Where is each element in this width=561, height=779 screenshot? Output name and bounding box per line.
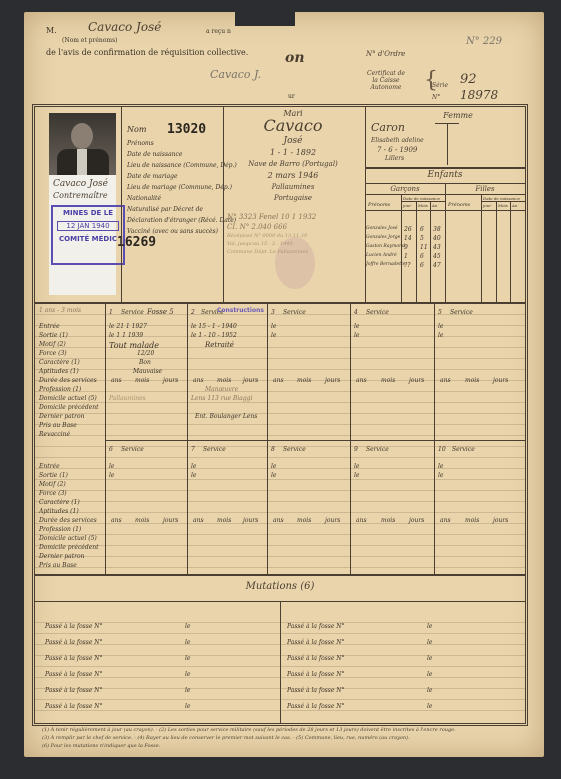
no-label: N° xyxy=(432,94,440,101)
form-text: le 1 1 1939 xyxy=(109,332,143,339)
form-text: Fosse 5 xyxy=(147,308,174,316)
form-text: 43 xyxy=(433,244,441,251)
femme-lieu: Lillers xyxy=(385,155,404,162)
filles-prenoms-col: Prénoms xyxy=(448,202,470,208)
form-text: le 21 1 1927 xyxy=(109,323,147,330)
form-text: 45 xyxy=(433,253,441,260)
rule-line xyxy=(267,304,268,574)
brace: { xyxy=(424,68,438,93)
femme-nom: Caron xyxy=(371,121,405,134)
form-text: Passé à la fosse N° xyxy=(287,671,345,678)
form-text: le xyxy=(354,472,359,479)
form-text: Lens 113 rue Biaggi xyxy=(191,395,252,402)
form-text: le xyxy=(185,623,190,630)
rule-line xyxy=(105,304,106,574)
form-text: le xyxy=(438,323,443,330)
serie-label: Série xyxy=(432,82,448,89)
form-text: 26 xyxy=(404,226,412,233)
form-text: Force (3) xyxy=(39,490,67,497)
form-text: mois xyxy=(465,517,479,524)
record-form: Cavaco José Contremaître MINES DE LE 12 … xyxy=(32,104,528,726)
form-text: ans xyxy=(111,377,122,384)
form-text: ans xyxy=(440,377,451,384)
form-text: Pris au Base xyxy=(39,562,77,569)
femme-date-naissance: 7 - 6 - 1909 xyxy=(377,146,417,154)
form-text: Service xyxy=(283,309,306,316)
form-text: Gonzales José xyxy=(366,226,398,231)
form-text: Sortie (1) xyxy=(39,332,68,339)
stamp-date: 12 JAN 1940 xyxy=(57,221,119,231)
form-text: ans xyxy=(273,517,284,524)
form-text: Passé à la fosse N° xyxy=(45,623,103,630)
rule-line xyxy=(434,304,435,574)
form-text: 7 xyxy=(191,446,195,453)
mari-declaration-1: N° 3323 Fenel 10 1 1932 xyxy=(227,213,316,221)
rule-line xyxy=(350,304,351,574)
form-text: Pallaumines xyxy=(109,395,146,402)
services-side-note: 1 ans - 3 mois xyxy=(39,307,81,314)
heading-fragment-2: ur xyxy=(288,93,295,100)
constructions-stamp: Constructions xyxy=(217,307,264,314)
certificat-label: Certificat de la Caisse Autonome xyxy=(366,70,406,91)
form-text: Passé à la fosse N° xyxy=(287,623,345,630)
footnote-2: (3) À remplir par le chef de service. - … xyxy=(42,735,410,741)
rule-line xyxy=(416,201,417,302)
form-text: Gonzales Jorge xyxy=(366,235,400,240)
form-text: 8 xyxy=(271,446,275,453)
form-text: Service xyxy=(450,309,473,316)
matricule-number: 13020 xyxy=(167,122,206,137)
form-text: le xyxy=(354,332,359,339)
form-text: Service xyxy=(203,446,226,453)
label-date-mariage: Date de mariage xyxy=(127,173,178,180)
rule-line xyxy=(481,201,525,202)
form-text: 5 xyxy=(420,235,424,242)
form-text: Domicile précédent xyxy=(39,544,99,551)
rule-line xyxy=(365,210,525,211)
form-text: Aptitudes (1) xyxy=(39,508,79,515)
form-text: ?? xyxy=(404,262,410,269)
label-date-naissance: Date de naissance xyxy=(127,151,182,158)
form-text: 6 xyxy=(420,226,424,233)
form-text: Service xyxy=(283,446,306,453)
form-text: Service xyxy=(366,446,389,453)
form-text: ans xyxy=(111,517,122,524)
card-profession: Contremaître xyxy=(53,191,108,200)
avis-line: de l'avis de confirmation de réquisition… xyxy=(46,48,248,57)
form-text: Mauvaise xyxy=(133,368,162,375)
form-text: ans xyxy=(356,517,367,524)
form-text: Caractère (1) xyxy=(39,359,80,366)
form-text: ans xyxy=(273,377,284,384)
fingerprint-smudge xyxy=(275,237,315,289)
form-text: 2 xyxy=(191,309,195,316)
form-text: le xyxy=(438,472,443,479)
form-text: le xyxy=(185,655,190,662)
form-text: Tout malade xyxy=(109,341,159,350)
form-text: Passé à la fosse N° xyxy=(45,671,103,678)
form-text: 6 xyxy=(109,446,113,453)
form-text: le xyxy=(185,671,190,678)
form-text: Passé à la fosse N° xyxy=(287,703,345,710)
form-text: mois xyxy=(217,517,231,524)
form-text: le xyxy=(354,323,359,330)
form-text: le xyxy=(185,687,190,694)
header-name: Cavaco José xyxy=(88,20,161,34)
form-text: jours xyxy=(493,517,508,524)
form-text: Passé à la fosse N° xyxy=(45,687,103,694)
form-text: jours xyxy=(325,377,340,384)
corner-pencil-number: N° 229 xyxy=(466,36,502,47)
form-text: le xyxy=(109,463,114,470)
form-text: 10 xyxy=(438,446,446,453)
form-text: ans xyxy=(193,517,204,524)
form-text: Profession (1) xyxy=(39,386,81,393)
form-text: Service xyxy=(121,309,144,316)
form-text: Revacciné xyxy=(39,431,70,438)
form-text: jours xyxy=(163,517,178,524)
garcons-heading: Garçons xyxy=(365,185,445,193)
form-text: mois xyxy=(135,377,149,384)
form-text: Entrée xyxy=(39,323,60,330)
rule-line xyxy=(365,107,366,302)
form-text: mois xyxy=(465,377,479,384)
form-text: jours xyxy=(325,517,340,524)
a-recu-label: a reçu n xyxy=(206,28,231,35)
form-text: le xyxy=(438,463,443,470)
femme-prenoms: Elisabeth adeline xyxy=(371,137,424,144)
form-text: Lucien André xyxy=(366,253,397,258)
mari-nom: Cavaco xyxy=(223,116,363,135)
form-text: Service xyxy=(452,446,475,453)
mari-nationalite: Portugaise xyxy=(223,194,363,202)
form-text: 38 xyxy=(433,226,441,233)
form-text: mois xyxy=(381,517,395,524)
form-text: 9 xyxy=(354,446,358,453)
form-text: le xyxy=(271,463,276,470)
m-label: M. xyxy=(46,26,57,35)
label-nationalite: Nationalité xyxy=(127,195,161,202)
label-declaration: Déclaration d'étranger (Récé. Date) xyxy=(127,217,236,224)
form-text: 6 xyxy=(420,253,424,260)
form-text: 3 xyxy=(271,309,275,316)
form-text: 4 xyxy=(354,309,358,316)
rule-line xyxy=(121,107,122,302)
enfants-heading: Enfants xyxy=(365,170,525,180)
form-text: Motif (2) xyxy=(39,481,66,488)
no-ordre-label: N° d'Ordre xyxy=(366,50,405,58)
name-caption: (Nom et prénoms) xyxy=(62,37,118,44)
form-text: le xyxy=(191,463,196,470)
form-text: le xyxy=(271,332,276,339)
form-text: Sortie (1) xyxy=(39,472,68,479)
form-text: 1 xyxy=(404,253,408,260)
mari-date-naissance: 1 - 1 - 1892 xyxy=(223,148,363,157)
rule-line xyxy=(496,201,497,302)
mutations-ruled-area xyxy=(35,612,525,717)
form-text: 47 xyxy=(433,262,441,269)
rule-line xyxy=(510,201,511,302)
form-text: jours xyxy=(163,377,178,384)
form-text: le xyxy=(427,687,432,694)
rule-line xyxy=(401,201,445,202)
card-name: Cavaco José xyxy=(53,179,108,189)
mari-prenom: José xyxy=(223,136,363,146)
footnote-3: (6) Pour les mutations n'indiquer que la… xyxy=(42,743,160,749)
form-text: le xyxy=(438,332,443,339)
secondary-number: 16269 xyxy=(117,235,156,250)
label-lieu-mariage: Lieu de mariage (Commune, Dép.) xyxy=(127,184,232,191)
form-text: Joffre Bernadette xyxy=(366,262,405,267)
form-text: mois xyxy=(135,517,149,524)
form-text: 40 xyxy=(433,235,441,242)
form-text: 6 xyxy=(420,262,424,269)
form-text: Passé à la fosse N° xyxy=(287,639,345,646)
form-text: Domicile actuel (5) xyxy=(39,535,97,542)
form-text: le xyxy=(185,639,190,646)
form-text: 9 xyxy=(404,244,408,251)
form-text: Retraité xyxy=(205,341,234,349)
form-text: Dernier patron xyxy=(39,413,85,420)
form-text: le 1 - 10 - 1952 xyxy=(191,332,237,339)
form-text: le xyxy=(185,703,190,710)
form-text: le xyxy=(271,323,276,330)
form-text: mois xyxy=(217,377,231,384)
form-text: jours xyxy=(493,377,508,384)
form-text: 11 xyxy=(420,244,428,251)
form-text: le xyxy=(427,671,432,678)
form-text: le 15 - 1 - 1940 xyxy=(191,323,237,330)
label-lieu-naissance: Lieu de naissance (Commune, Dép.) xyxy=(127,162,237,169)
stamp-line-1: MINES DE LE xyxy=(53,209,123,217)
mari-declaration-2: CI. N° 2.040 666 xyxy=(227,223,287,231)
form-text: Passé à la fosse N° xyxy=(45,703,103,710)
filles-mois-col: Mois xyxy=(498,203,508,208)
form-text: Gaston Raymond xyxy=(366,244,405,249)
mari-lieu-naissance: Nave de Barro (Portugal) xyxy=(223,160,363,168)
label-prenoms: Prénoms xyxy=(127,140,154,147)
torn-edge xyxy=(235,12,295,26)
form-text: le xyxy=(427,703,432,710)
form-text: mois xyxy=(297,377,311,384)
rule-line xyxy=(430,201,431,302)
form-text: le xyxy=(109,472,114,479)
form-text: Dernier patron xyxy=(39,553,85,560)
form-text: le xyxy=(191,472,196,479)
heading-fragment: on xyxy=(285,50,305,66)
label-naturalise: Naturalisé par Décret de xyxy=(127,206,203,213)
form-text: mois xyxy=(297,517,311,524)
rule-line xyxy=(447,123,448,165)
mois-col: Mois xyxy=(418,203,428,208)
form-text: 1 xyxy=(109,309,113,316)
form-text: 14 xyxy=(404,235,412,242)
form-text: Pris au Base xyxy=(39,422,77,429)
form-text: Domicile précédent xyxy=(39,404,99,411)
rule-line xyxy=(445,183,446,302)
form-text: jours xyxy=(243,517,258,524)
form-text: jours xyxy=(243,377,258,384)
form-text: le xyxy=(427,655,432,662)
an-col: An xyxy=(432,203,437,208)
mutations-heading: Mutations (6) xyxy=(35,581,525,592)
form-text: Passé à la fosse N° xyxy=(287,655,345,662)
filles-an-col: An xyxy=(512,203,517,208)
rule-line xyxy=(435,123,459,124)
rule-line xyxy=(105,440,525,441)
form-text: Entrée xyxy=(39,463,60,470)
photo-card: Cavaco José Contremaître MINES DE LE 12 … xyxy=(49,175,116,295)
medical-stamp: MINES DE LE 12 JAN 1940 COMITÉ MÉDIC xyxy=(51,205,125,265)
form-text: Aptitudes (1) xyxy=(39,368,79,375)
garcons-prenoms-col: Prénoms xyxy=(368,202,390,208)
form-text: le xyxy=(427,623,432,630)
filles-jour-col: jour xyxy=(483,203,491,208)
form-text: ans xyxy=(193,377,204,384)
serie-value: 92 xyxy=(460,72,477,87)
form-text: Profession (1) xyxy=(39,526,81,533)
form-text: Durée des services xyxy=(39,517,97,524)
label-vaccine: Vacciné (avec ou sans succès) xyxy=(127,228,218,235)
rule-line xyxy=(187,304,188,574)
mari-lieu-mariage: Pallaumines xyxy=(223,183,363,191)
label-nom: Nom xyxy=(127,125,146,134)
form-text: ans xyxy=(440,517,451,524)
form-text: Motif (2) xyxy=(39,341,66,348)
femme-heading: Femme xyxy=(365,111,521,120)
form-text: Ent. Boulanger Lens xyxy=(195,413,257,420)
rule-line xyxy=(35,574,525,576)
footnote-1: (1) À tenir régulièrement à jour (au cra… xyxy=(42,727,456,733)
form-text: mois xyxy=(381,377,395,384)
form-text: ans xyxy=(356,377,367,384)
rule-line xyxy=(365,194,525,195)
form-text: Service xyxy=(366,309,389,316)
form-text: 12/20 xyxy=(137,350,154,357)
mari-date-mariage: 2 mars 1946 xyxy=(223,171,363,180)
form-text: le xyxy=(354,463,359,470)
form-text: 5 xyxy=(438,309,442,316)
filles-heading: Filles xyxy=(445,185,525,193)
form-text: Durée des services xyxy=(39,377,97,384)
form-text: Passé à la fosse N° xyxy=(45,639,103,646)
jour-col: jour xyxy=(403,203,411,208)
form-text: Service xyxy=(121,446,144,453)
form-text: Domicile actuel (5) xyxy=(39,395,97,402)
form-text: Passé à la fosse N° xyxy=(287,687,345,694)
form-text: Manœuvre xyxy=(205,386,238,393)
form-text: le xyxy=(271,472,276,479)
employee-photo xyxy=(49,113,116,175)
form-text: jours xyxy=(409,377,424,384)
form-text: jours xyxy=(409,517,424,524)
form-text: Caractère (1) xyxy=(39,499,80,506)
form-text: le xyxy=(427,639,432,646)
form-text: Force (3) xyxy=(39,350,67,357)
form-text: Passé à la fosse N° xyxy=(45,655,103,662)
rule-line xyxy=(365,167,525,169)
no-value: 18978 xyxy=(460,88,498,102)
stamp-line-3: COMITÉ MÉDIC xyxy=(53,235,123,243)
pencil-note: Cavaco J. xyxy=(210,68,261,81)
form-text: Bon xyxy=(139,359,151,366)
